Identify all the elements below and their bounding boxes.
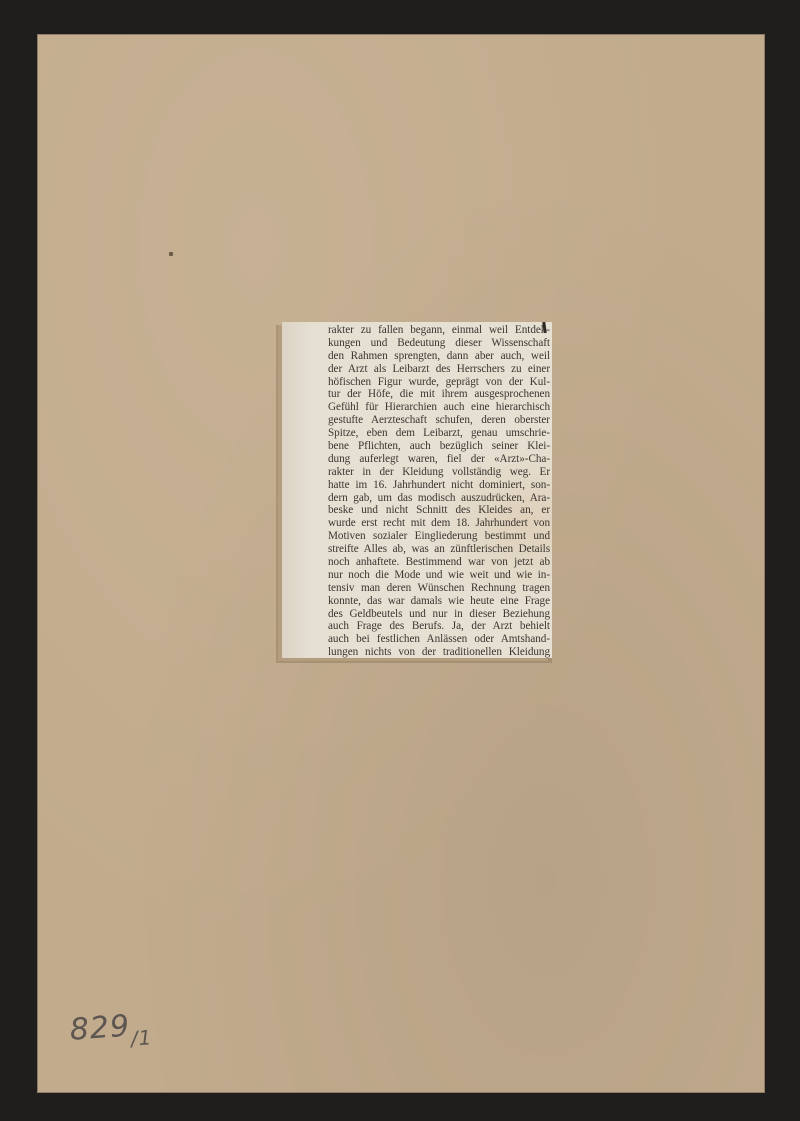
text-line: nur noch die Mode und wie weit und wie i… bbox=[328, 569, 550, 582]
text-line: noch anhaftete. Bestimmend war von jetzt… bbox=[328, 556, 550, 569]
text-line: Motiven sozialer Eingliederung bestimmt … bbox=[328, 530, 550, 543]
text-line: dern gab, um das modisch auszudrücken, A… bbox=[328, 492, 550, 505]
text-line: Gefühl für Hierarchien auch eine hierarc… bbox=[328, 401, 550, 414]
text-line: konnte, das war damals wie heute eine Fr… bbox=[328, 595, 550, 608]
text-line: Spitze, eben dem Leibarzt, genau umschri… bbox=[328, 427, 550, 440]
handwritten-archive-number: 829/1 bbox=[69, 1007, 153, 1055]
text-line: auch Frage des Berufs. Ja, der Arzt behi… bbox=[328, 620, 550, 633]
text-line: tensiv man deren Wünschen Rechnung trage… bbox=[328, 582, 550, 595]
text-line: tur der Höfe, die mit ihrem ausgesproche… bbox=[328, 388, 550, 401]
text-line: dung auferlegt waren, fiel der «Arzt»-Ch… bbox=[328, 453, 550, 466]
text-line: rakter in der Kleidung vollständig weg. … bbox=[328, 466, 550, 479]
text-line: des Geldbeutels und nur in dieser Bezieh… bbox=[328, 608, 550, 621]
archive-sheet: rakter zu fallen begann, einmal weil Ent… bbox=[38, 35, 764, 1092]
text-line: gestufte Aerzteschaft schufen, deren obe… bbox=[328, 414, 550, 427]
text-line: kungen und Bedeutung dieser Wissenschaft bbox=[328, 337, 550, 350]
text-line: bene Pflichten, auch bezüglich seiner Kl… bbox=[328, 440, 550, 453]
text-line: hatte im 16. Jahrhundert nicht dominiert… bbox=[328, 479, 550, 492]
newspaper-clipping: rakter zu fallen begann, einmal weil Ent… bbox=[282, 322, 552, 658]
archive-number-main: 829 bbox=[69, 1009, 132, 1048]
text-line: auch bei festlichen Anlässen oder Amtsha… bbox=[328, 633, 550, 646]
paper-speck bbox=[169, 252, 173, 256]
text-line: beske und nicht Schnitt des Kleides an, … bbox=[328, 504, 550, 517]
clipping-text: rakter zu fallen begann, einmal weil Ent… bbox=[328, 324, 550, 659]
text-line: lungen nichts von der traditionellen Kle… bbox=[328, 646, 550, 659]
text-line: der Arzt als Leibarzt des Herrschers zu … bbox=[328, 363, 550, 376]
text-line: rakter zu fallen begann, einmal weil Ent… bbox=[328, 324, 550, 337]
text-line: wurde erst recht mit dem 18. Jahrhundert… bbox=[328, 517, 550, 530]
archive-number-fraction: /1 bbox=[130, 1025, 153, 1050]
text-line: höfischen Figur wurde, geprägt von der K… bbox=[328, 376, 550, 389]
text-line: streifte Alles ab, was an zünftlerischen… bbox=[328, 543, 550, 556]
text-line: den Rahmen sprengten, dann aber auch, we… bbox=[328, 350, 550, 363]
